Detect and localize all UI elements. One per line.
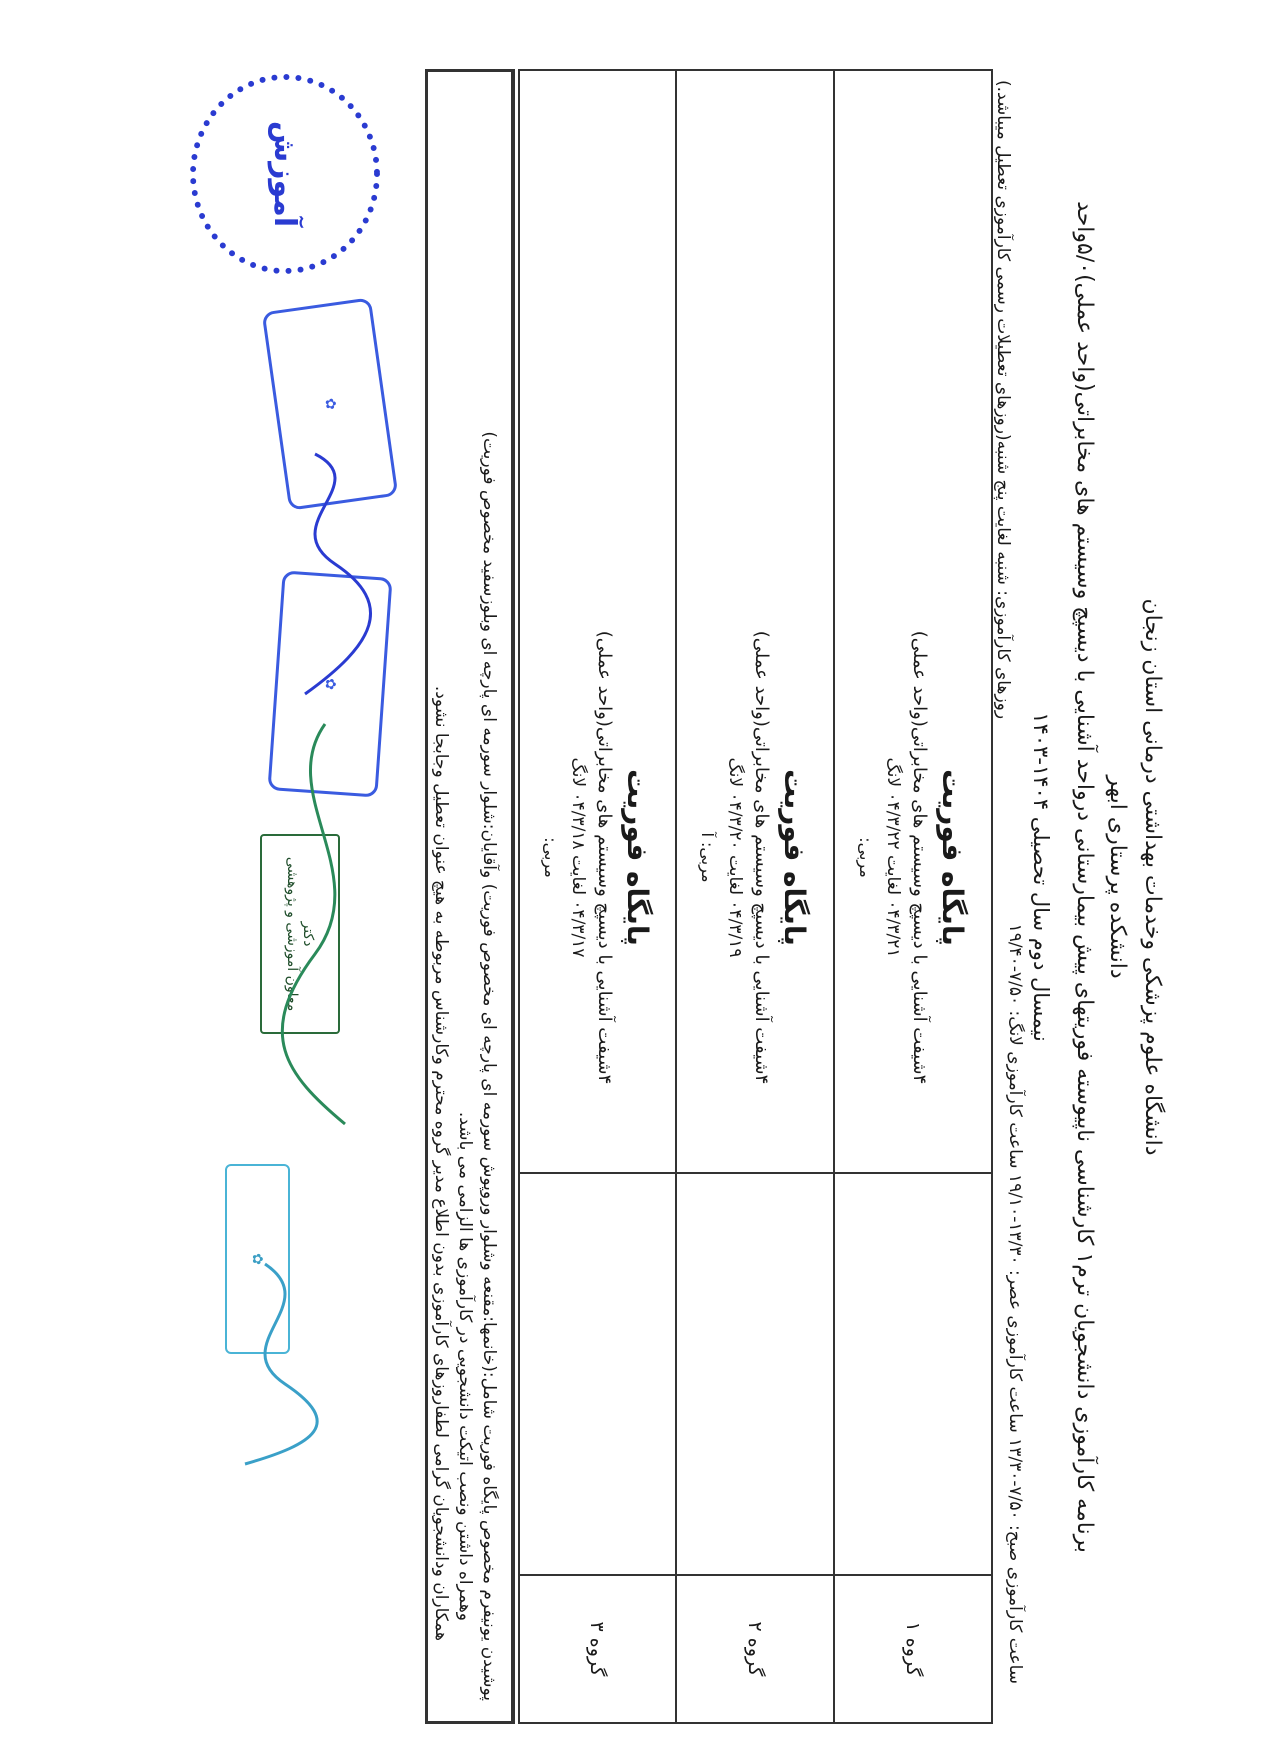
location: پایگاه فوریت <box>779 769 812 946</box>
mentor: مربی: <box>541 837 560 878</box>
empty-cell <box>677 1172 833 1574</box>
mentor: مربی: آ <box>699 832 718 882</box>
group-label: گروه ۱ <box>835 1574 991 1722</box>
training-hours: ساعت کارآموزی صبح: ۷/۵۰-۱۳/۳۰ ساعت کارآم… <box>1005 924 1025 1684</box>
notes-box: پوشیدن یونیفرم مخصوص پایگاه فوریت شامل:(… <box>425 69 515 1724</box>
term-title: نیمسال دوم سال تحصیلی ۱۴۰۴-۱۴۰۳ <box>1029 0 1053 1754</box>
location: پایگاه فوریت <box>621 769 654 946</box>
round-seal-stamp: آموزش <box>190 74 380 274</box>
stamp-emblem-icon: ✿ <box>321 397 338 411</box>
schedule-table: گروه ۱ پایگاه فوریت ۴شیفت آشنایی با دیسپ… <box>518 69 993 1724</box>
group-label: گروه ۳ <box>520 1574 675 1722</box>
date-range: ۰۴/۳/۱۷ لغایت ۰۴/۳/۱۸ لانگ <box>568 757 588 957</box>
signature-blue <box>255 444 395 704</box>
row-details: پایگاه فوریت ۴شیفت آشنایی با دیسپچ وسیست… <box>520 71 675 1174</box>
empty-cell <box>835 1172 991 1574</box>
note-uniform: پوشیدن یونیفرم مخصوص پایگاه فوریت شامل:(… <box>477 92 501 1701</box>
mentor: مربی: <box>857 837 876 878</box>
table-row: گروه ۳ پایگاه فوریت ۴شیفت آشنایی با دیسپ… <box>520 71 675 1722</box>
course-name: ۴شیفت آشنایی با دیسپچ وسیستم های مخابرات… <box>594 631 615 1085</box>
faculty-title: دانشکده پرستاری ابهر <box>1105 0 1130 1754</box>
training-days: روزهای کارآموزی: شنبه لغایت پنج شنبه(روز… <box>993 80 1013 719</box>
row-details: پایگاه فوریت ۴شیفت آشنایی با دیسپچ وسیست… <box>835 71 991 1174</box>
row-body: پایگاه فوریت ۴شیفت آشنایی با دیسپچ وسیست… <box>835 71 991 1574</box>
row-body: پایگاه فوریت ۴شیفت آشنایی با دیسپچ وسیست… <box>520 71 675 1574</box>
table-row: گروه ۲ پایگاه فوریت ۴شیفت آشنایی با دیسپ… <box>675 71 833 1722</box>
document-page: دانشگاه علوم پزشکی وخدمات بهداشتی درمانی… <box>0 0 1275 1754</box>
seal-text: آموزش <box>268 121 303 227</box>
row-body: پایگاه فوریت ۴شیفت آشنایی با دیسپچ وسیست… <box>677 71 833 1574</box>
course-name: ۴شیفت آشنایی با دیسپچ وسیستم های مخابرات… <box>910 631 931 1085</box>
signature-cyan <box>215 1254 335 1474</box>
program-title: برنامه کارآموزی دانشجویان ترم۱ کارشناسی … <box>1072 0 1097 1754</box>
empty-cell <box>520 1172 675 1574</box>
university-title: دانشگاه علوم پزشکی وخدمات بهداشتی درمانی… <box>1140 0 1165 1754</box>
note-id-badge: وهمراه داشتن ونصب اتیکت دانشجویی در کارآ… <box>453 92 477 1701</box>
location: پایگاه فوریت <box>937 769 970 946</box>
date-range: ۰۴/۳/۲۱ لغایت ۰۴/۳/۲۲ لانگ <box>884 757 904 957</box>
signature-green <box>265 714 385 1134</box>
group-label: گروه ۲ <box>677 1574 833 1722</box>
table-row: گروه ۱ پایگاه فوریت ۴شیفت آشنایی با دیسپ… <box>833 71 991 1722</box>
note-no-cancellation: همکاران ودانشجویان گرامی لطفاروزهای کارآ… <box>429 92 453 1701</box>
date-range: ۰۴/۳/۱۹ لغایت ۰۴/۳/۲۰ لانگ <box>726 757 746 957</box>
row-details: پایگاه فوریت ۴شیفت آشنایی با دیسپچ وسیست… <box>677 71 833 1174</box>
course-name: ۴شیفت آشنایی با دیسپچ وسیستم های مخابرات… <box>752 631 773 1085</box>
